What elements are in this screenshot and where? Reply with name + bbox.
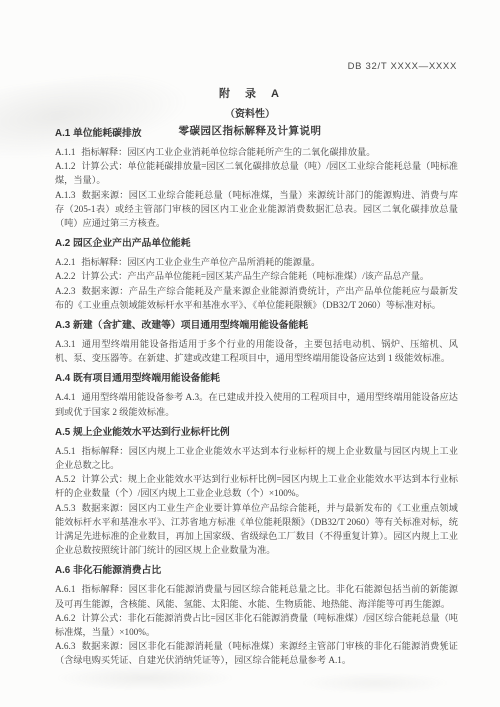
section-a4: A.4 既有项目通用型终端用能设备能耗 A.4.1通用型终端用能设备参考 A.3…	[55, 373, 458, 418]
clause-number: A.3.1	[55, 339, 75, 349]
section-heading: A.5 规上企业能效水平达到行业标杆比例	[55, 427, 458, 439]
clause-number: A.5.1	[55, 446, 75, 456]
clause-number: A.2.2	[55, 271, 75, 281]
clause: A.1.3数据来源：园区工业综合能耗总量（吨标准煤，当量）来源统计部门的能源购进…	[55, 188, 458, 231]
clause: A.3.1通用型终端用能设备指适用于多个行业的用能设备，主要包括电动机、锅炉、压…	[55, 337, 458, 365]
clause: A.2.3数据来源：产品生产综合能耗及产量来源企业能源消费统计，产出产品单位能耗…	[55, 284, 458, 312]
section-heading: A.3 新建（含扩建、改建等）项目通用型终端用能设备能耗	[55, 320, 458, 332]
section-a5: A.5 规上企业能效水平达到行业标杆比例 A.5.1指标解释：园区内规上工业企业…	[55, 427, 458, 558]
clause: A.6.3数据来源：园区非化石能源消耗量（吨标准煤）来源经主管部门审核的非化石能…	[55, 639, 458, 667]
clause-text: 指标解释：园区非化石能源消费量与园区综合能耗总量之比。非化石能源包括当前的新能源…	[55, 584, 458, 608]
clause-number: A.6.3	[55, 641, 75, 651]
clause-number: A.4.1	[55, 392, 75, 402]
document-page: DB 32/T XXXX—XXXX 附 录 A （资料性） 零碳园区指标解释及计…	[0, 0, 500, 707]
section-heading: A.4 既有项目通用型终端用能设备能耗	[55, 373, 458, 385]
clause-text: 通用型终端用能设备参考 A.3。在已建成并投入使用的工程项目中，通用型终端用能设…	[55, 392, 458, 416]
clause-text: 指标解释：园区内规上工业企业能效水平达到本行业标杆的规上企业数量与园区内规上工业…	[55, 446, 458, 470]
scan-smudge-bottom-left	[55, 665, 235, 691]
clause: A.4.1通用型终端用能设备参考 A.3。在已建成并投入使用的工程项目中，通用型…	[55, 390, 458, 418]
clause: A.1.1指标解释：园区内工业企业消耗单位综合能耗所产生的二氧化碳排放量。	[55, 145, 458, 159]
clause: A.5.3数据来源：园区内工业生产企业要计算单位产品综合能耗，并与最新发布的《工…	[55, 501, 458, 558]
appendix-normative-type: （资料性）	[0, 105, 500, 120]
page-number: 7	[441, 644, 446, 654]
clause-text: 数据来源：园区内工业生产企业要计算单位产品综合能耗，并与最新发布的《工业重点领域…	[55, 503, 458, 556]
clause-text: 计算公式：产出产品单位能耗=园区某产品生产综合能耗（吨标准煤）/该产品总产量。	[81, 271, 429, 281]
clause-text: 计算公式：单位能耗碳排放量=园区二氧化碳排放总量（吨）/园区工业综合能耗总量（吨…	[55, 161, 458, 185]
clause-number: A.1.3	[55, 190, 75, 200]
clause: A.6.1指标解释：园区非化石能源消费量与园区综合能耗总量之比。非化石能源包括当…	[55, 582, 458, 610]
clause-text: 指标解释：园区内工业企业生产单位产品所消耗的能源量。	[81, 257, 320, 267]
clause-number: A.1.2	[55, 161, 75, 171]
section-heading: A.1 单位能耗碳排放	[55, 128, 458, 140]
document-body: A.1 单位能耗碳排放 A.1.1指标解释：园区内工业企业消耗单位综合能耗所产生…	[55, 128, 458, 668]
clause: A.1.2计算公式：单位能耗碳排放量=园区二氧化碳排放总量（吨）/园区工业综合能…	[55, 159, 458, 187]
section-a6: A.6 非化石能源消费占比 A.6.1指标解释：园区非化石能源消费量与园区综合能…	[55, 565, 458, 667]
clause-number: A.2.1	[55, 257, 75, 267]
section-heading: A.6 非化石能源消费占比	[55, 565, 458, 577]
clause: A.2.2计算公式：产出产品单位能耗=园区某产品生产综合能耗（吨标准煤）/该产品…	[55, 269, 458, 283]
clause-number: A.5.2	[55, 474, 75, 484]
clause: A.5.2计算公式：规上企业能效水平达到行业标杆比例=园区内规上工业企业能效水平…	[55, 472, 458, 500]
clause: A.2.1指标解释：园区内工业企业生产单位产品所消耗的能源量。	[55, 255, 458, 269]
section-a2: A.2 园区企业产出产品单位能耗 A.2.1指标解释：园区内工业企业生产单位产品…	[55, 238, 458, 312]
clause-text: 数据来源：产品生产综合能耗及产量来源企业能源消费统计，产出产品单位能耗应与最新发…	[55, 286, 458, 310]
section-heading: A.2 园区企业产出产品单位能耗	[55, 238, 458, 250]
clause-text: 计算公式：规上企业能效水平达到行业标杆比例=园区内规上工业企业能效水平达到本行业…	[55, 474, 458, 498]
clause-text: 数据来源：园区非化石能源消耗量（吨标准煤）来源经主管部门审核的非化石能源消费凭证…	[55, 641, 458, 665]
section-a3: A.3 新建（含扩建、改建等）项目通用型终端用能设备能耗 A.3.1通用型终端用…	[55, 320, 458, 365]
clause-number: A.5.3	[55, 503, 75, 513]
clause-text: 通用型终端用能设备指适用于多个行业的用能设备，主要包括电动机、锅炉、压缩机、风机…	[55, 339, 458, 363]
clause-text: 数据来源：园区工业综合能耗总量（吨标准煤，当量）来源统计部门的能源购进、消费与库…	[55, 190, 458, 228]
scan-smudge-bottom-right	[300, 672, 450, 694]
clause: A.6.2计算公式：非化石能源消费占比=园区非化石能源消费量（吨标准煤）/园区综…	[55, 611, 458, 639]
clause-text: 计算公式：非化石能源消费占比=园区非化石能源消费量（吨标准煤）/园区综合能耗总量…	[55, 613, 458, 637]
clause-number: A.6.1	[55, 584, 75, 594]
standard-code: DB 32/T XXXX—XXXX	[348, 61, 457, 72]
clause-text: 指标解释：园区内工业企业消耗单位综合能耗所产生的二氧化碳排放量。	[81, 147, 375, 157]
clause-number: A.1.1	[55, 147, 75, 157]
clause-number: A.2.3	[55, 286, 75, 296]
clause: A.5.1指标解释：园区内规上工业企业能效水平达到本行业标杆的规上企业数量与园区…	[55, 444, 458, 472]
clause-number: A.6.2	[55, 613, 75, 623]
appendix-label: 附 录 A	[0, 85, 500, 101]
section-a1: A.1 单位能耗碳排放 A.1.1指标解释：园区内工业企业消耗单位综合能耗所产生…	[55, 128, 458, 230]
